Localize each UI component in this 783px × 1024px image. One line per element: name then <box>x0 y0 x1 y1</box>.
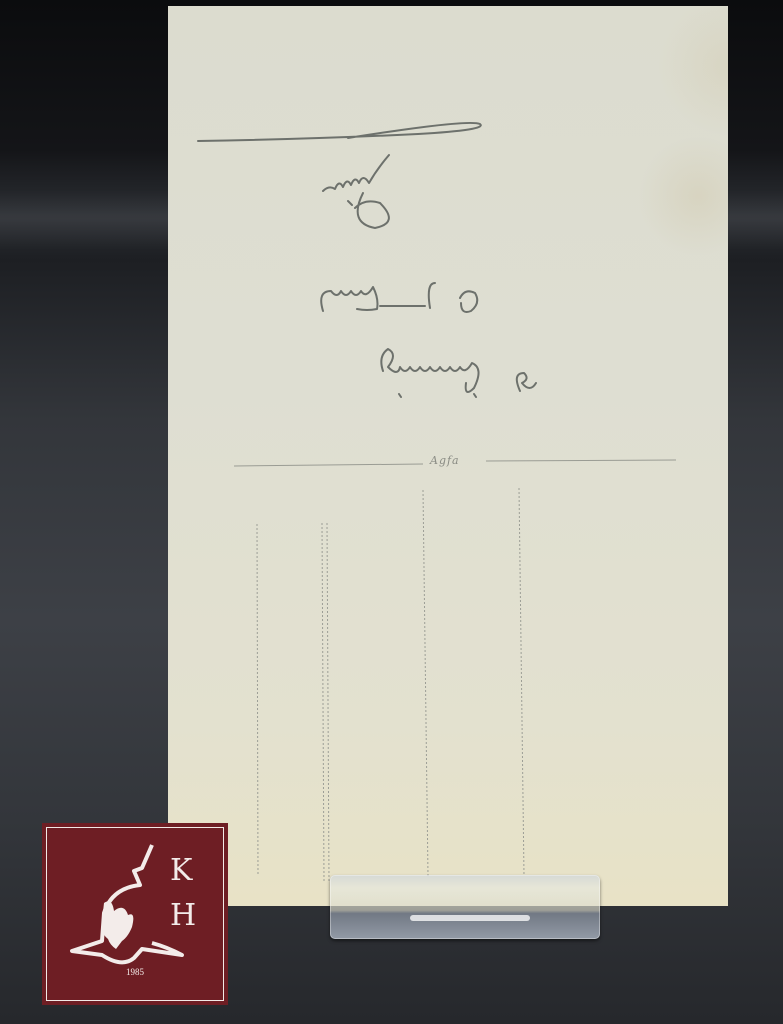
stamp-column-line <box>327 523 329 881</box>
stamp-column-line <box>519 488 524 876</box>
divider-right <box>486 460 676 461</box>
signature-flourish <box>198 123 481 141</box>
signature-erich <box>323 155 389 228</box>
stamp-column-line <box>257 524 258 876</box>
line-zur-erinnerung <box>381 349 536 397</box>
acrylic-display-stand <box>330 875 600 939</box>
postcard-back: Agfa <box>168 6 728 906</box>
logo-letter-h: H <box>170 898 196 933</box>
logo-year: 1985 <box>42 967 228 977</box>
stamp-column-line <box>322 523 324 881</box>
logo-letter-k: K <box>170 853 192 888</box>
stamp-column-line <box>423 490 428 876</box>
divider-left <box>234 464 423 466</box>
divider-label: Agfa <box>430 454 460 467</box>
stand-reflection <box>410 915 530 921</box>
kh-watermark-logo: K H 1985 <box>42 823 228 1005</box>
eagle-icon <box>102 901 134 949</box>
line-dein-emmel <box>321 283 477 312</box>
pickelhaube-helmet-icon <box>42 823 228 1005</box>
